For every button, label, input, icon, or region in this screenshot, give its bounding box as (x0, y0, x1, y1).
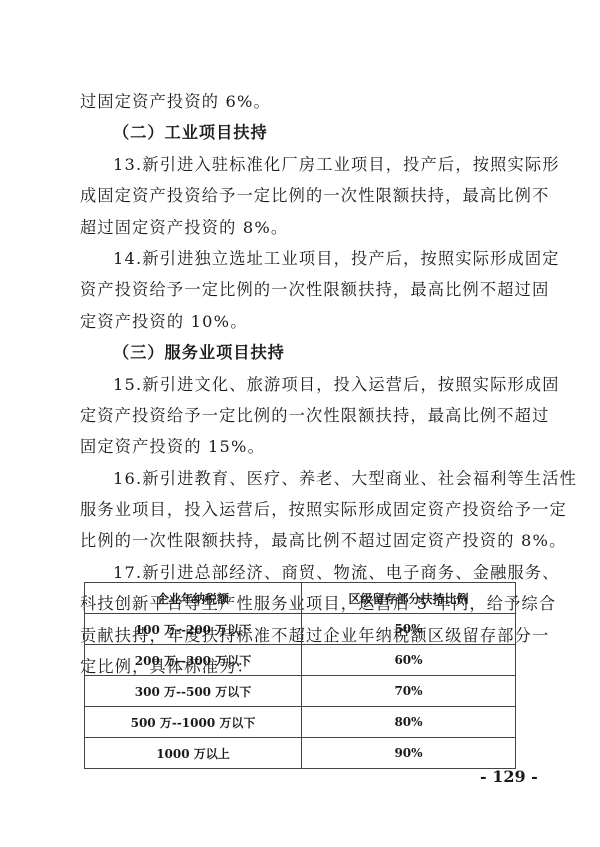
text-line: 定资产投资的 10%。 (80, 306, 520, 337)
support-ratio-table: 企业年纳税额 区级留存部分扶持比例 100 万--200 万以下 50% 200… (84, 582, 516, 769)
table-cell: 80% (302, 707, 516, 738)
table-cell: 70% (302, 676, 516, 707)
text-line: 资产投资给予一定比例的一次性限额扶持，最高比例不超过固 (80, 274, 520, 305)
text-line: 14.新引进独立选址工业项目，投产后，按照实际形成固定 (80, 243, 520, 274)
table-cell: 200 万--300 万以下 (85, 645, 302, 676)
section-heading-industrial: （二）工业项目扶持 (80, 117, 520, 148)
table-cell: 300 万--500 万以下 (85, 676, 302, 707)
table-row: 200 万--300 万以下 60% (85, 645, 516, 676)
table-cell: 500 万--1000 万以下 (85, 707, 302, 738)
text-line: 16.新引进教育、医疗、养老、大型商业、社会福利等生活性 (80, 463, 520, 494)
text-line: 13.新引进入驻标准化厂房工业项目，投产后，按照实际形 (80, 149, 520, 180)
table-row: 100 万--200 万以下 50% (85, 614, 516, 645)
text-line: 服务业项目，投入运营后，按照实际形成固定资产投资给予一定 (80, 494, 520, 525)
section-heading-services: （三）服务业项目扶持 (80, 337, 520, 368)
table-cell: 60% (302, 645, 516, 676)
text-line: 超过固定资产投资的 8%。 (80, 212, 520, 243)
column-header-tax: 企业年纳税额 (85, 583, 302, 614)
text-line: 成固定资产投资给予一定比例的一次性限额扶持，最高比例不 (80, 180, 520, 211)
column-header-ratio: 区级留存部分扶持比例 (302, 583, 516, 614)
page-number: - 129 - (480, 767, 538, 786)
text-line: 固定资产投资的 15%。 (80, 431, 520, 462)
text-line: 定资产投资给予一定比例的一次性限额扶持，最高比例不超过 (80, 400, 520, 431)
text-line: 15.新引进文化、旅游项目，投入运营后，按照实际形成固 (80, 369, 520, 400)
table-row: 500 万--1000 万以下 80% (85, 707, 516, 738)
table-cell: 50% (302, 614, 516, 645)
text-line: 过固定资产投资的 6%。 (80, 86, 520, 117)
table-cell: 100 万--200 万以下 (85, 614, 302, 645)
table-cell: 90% (302, 738, 516, 769)
table-header-row: 企业年纳税额 区级留存部分扶持比例 (85, 583, 516, 614)
table-row: 1000 万以上 90% (85, 738, 516, 769)
table-row: 300 万--500 万以下 70% (85, 676, 516, 707)
text-line: 比例的一次性限额扶持，最高比例不超过固定资产投资的 8%。 (80, 525, 520, 556)
table-cell: 1000 万以上 (85, 738, 302, 769)
